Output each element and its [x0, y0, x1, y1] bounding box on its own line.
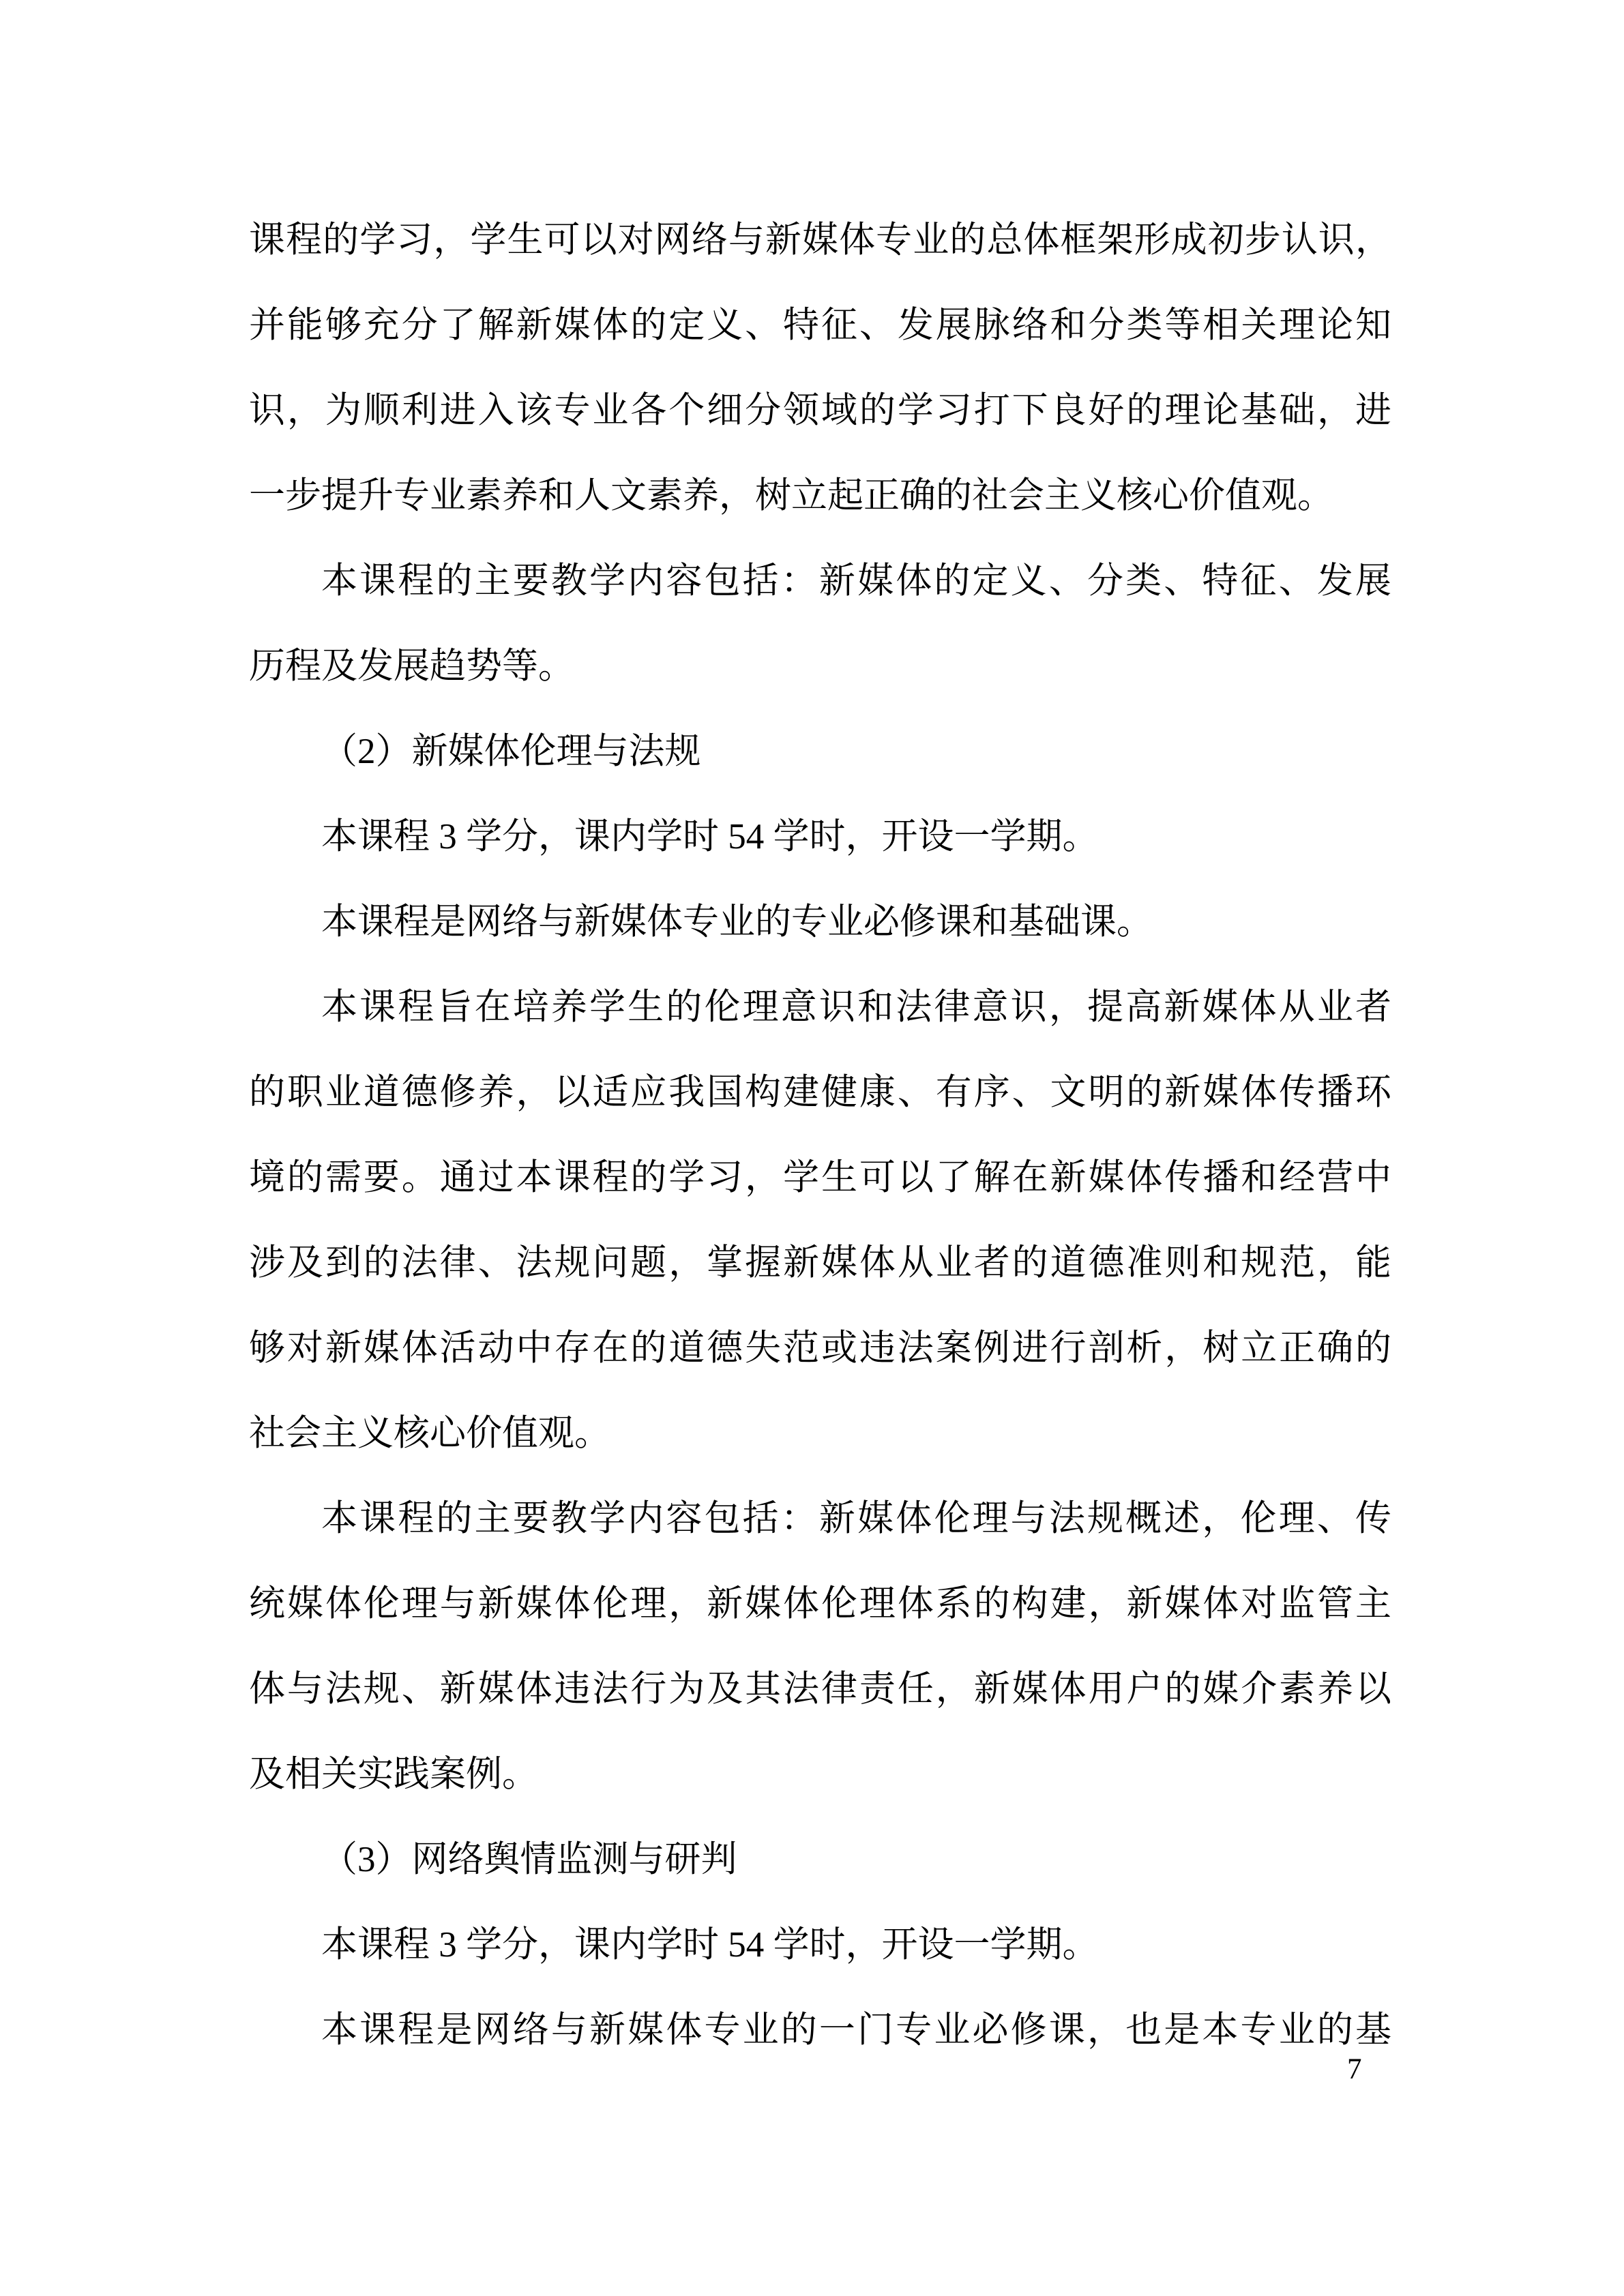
text-line: （3）网络舆情监测与研判 — [249, 1817, 1391, 1903]
text-line: 统媒体伦理与新媒体伦理，新媒体伦理体系的构建，新媒体对监管主 — [249, 1562, 1391, 1647]
text-line: 本课程的主要教学内容包括：新媒体伦理与法规概述，伦理、传 — [249, 1476, 1391, 1562]
document-page: 课程的学习，学生可以对网络与新媒体专业的总体框架形成初步认识，并能够充分了解新媒… — [0, 0, 1624, 2296]
text-line: 社会主义核心价值观。 — [249, 1391, 1391, 1476]
text-line: 本课程的主要教学内容包括：新媒体的定义、分类、特征、发展 — [249, 539, 1391, 624]
text-line: 一步提升专业素养和人文素养，树立起正确的社会主义核心价值观。 — [249, 453, 1391, 539]
text-line: 并能够充分了解新媒体的定义、特征、发展脉络和分类等相关理论知 — [249, 283, 1391, 368]
text-line: 本课程 3 学分，课内学时 54 学时，开设一学期。 — [249, 1903, 1391, 1988]
text-line: 体与法规、新媒体违法行为及其法律责任，新媒体用户的媒介素养以 — [249, 1647, 1391, 1732]
text-line: 本课程是网络与新媒体专业的一门专业必修课，也是本专业的基 — [249, 1988, 1391, 2073]
text-line: 本课程 3 学分，课内学时 54 学时，开设一学期。 — [249, 794, 1391, 880]
text-line: 及相关实践案例。 — [249, 1732, 1391, 1817]
text-line: 本课程旨在培养学生的伦理意识和法律意识，提高新媒体从业者 — [249, 965, 1391, 1050]
text-block: 课程的学习，学生可以对网络与新媒体专业的总体框架形成初步认识，并能够充分了解新媒… — [249, 198, 1391, 2073]
text-line: 够对新媒体活动中存在的道德失范或违法案例进行剖析，树立正确的 — [249, 1306, 1391, 1391]
text-line: 本课程是网络与新媒体专业的专业必修课和基础课。 — [249, 880, 1391, 965]
page-number: 7 — [1347, 2049, 1362, 2090]
text-line: 涉及到的法律、法规问题，掌握新媒体从业者的道德准则和规范，能 — [249, 1221, 1391, 1306]
text-line: 境的需要。通过本课程的学习，学生可以了解在新媒体传播和经营中 — [249, 1135, 1391, 1221]
text-line: 的职业道德修养，以适应我国构建健康、有序、文明的新媒体传播环 — [249, 1050, 1391, 1135]
text-line: 课程的学习，学生可以对网络与新媒体专业的总体框架形成初步认识， — [249, 198, 1391, 283]
text-line: （2）新媒体伦理与法规 — [249, 709, 1391, 794]
text-line: 历程及发展趋势等。 — [249, 624, 1391, 709]
text-line: 识，为顺利进入该专业各个细分领域的学习打下良好的理论基础，进 — [249, 368, 1391, 453]
